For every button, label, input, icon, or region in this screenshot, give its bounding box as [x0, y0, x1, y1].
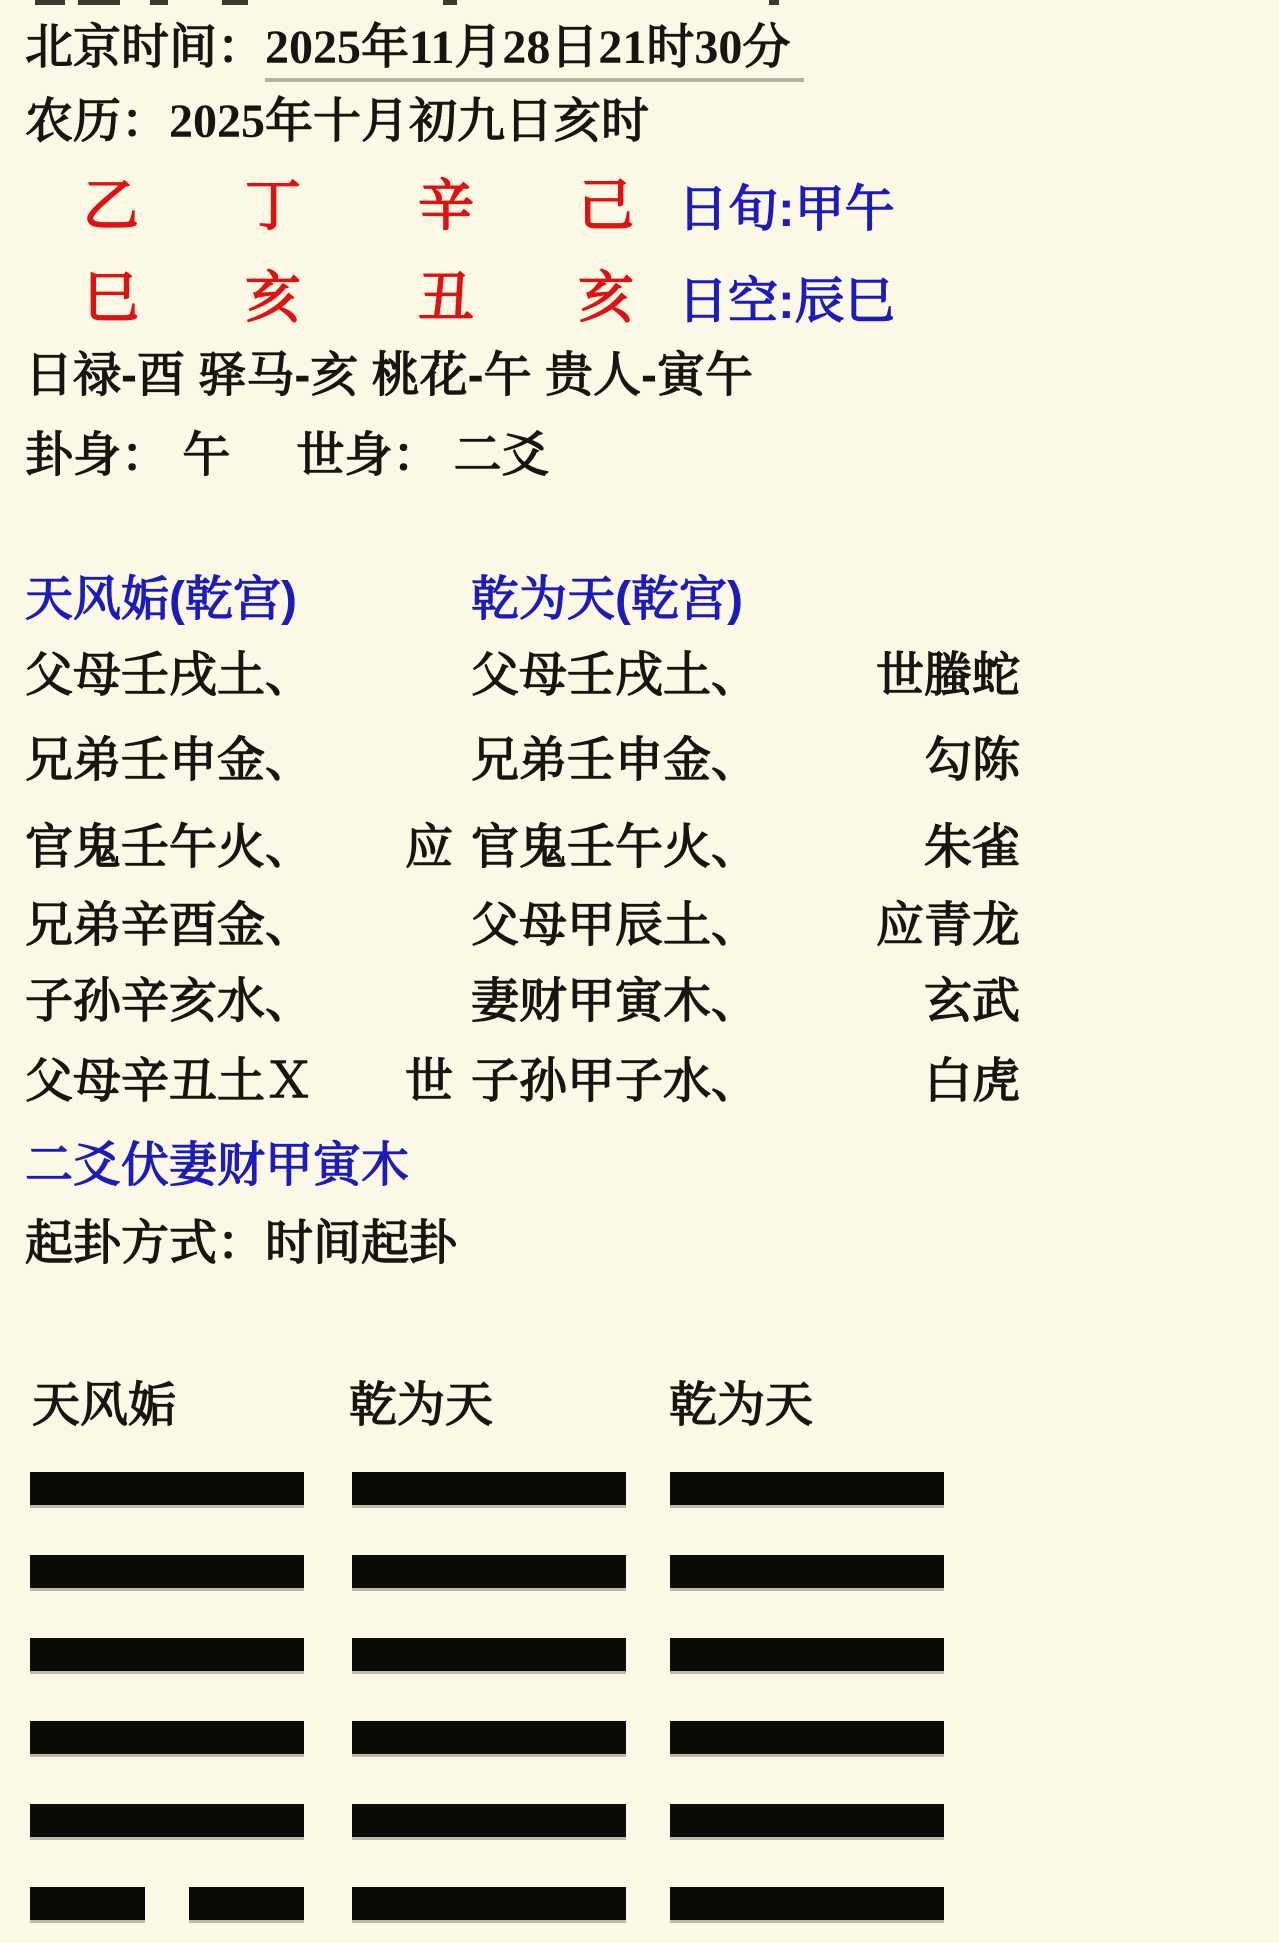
left-hexagram-title: 天风姤(乾宫): [25, 572, 297, 627]
left-yao-text: 兄弟辛酉金、: [25, 900, 313, 953]
yang-line-bar: [352, 1887, 626, 1920]
hexagram-line-solid: [352, 1887, 626, 1920]
hexagram-line-solid: [670, 1555, 944, 1588]
casting-method-line: 起卦方式：时间起卦: [25, 1216, 457, 1271]
pillar-month-branch: 亥: [245, 270, 301, 326]
day-xun-label: 日旬:甲午: [678, 184, 895, 234]
lunar-date-value: 2025年十月初九日亥时: [169, 95, 649, 148]
hexagram-diagram-original: [30, 1472, 304, 1920]
six-spirit-note: 白虎: [700, 1056, 1020, 1109]
clipped-glyph-fragment: [769, 0, 779, 5]
yang-line-bar: [352, 1638, 626, 1671]
divination-page: 北京时间：2025年11月28日21时30分 农历：2025年十月初九日亥时 乙…: [0, 0, 1279, 1943]
yang-line-bar: [352, 1472, 626, 1505]
hexagram-line-solid: [352, 1472, 626, 1505]
pillar-day-branch: 丑: [418, 270, 474, 326]
hexagram-diagram-final: [670, 1472, 944, 1920]
yang-line-bar: [352, 1804, 626, 1837]
six-spirit-note: 朱雀: [700, 822, 1020, 875]
day-kong-label: 日空:辰巳: [678, 276, 895, 326]
hexagram-line-solid: [30, 1555, 304, 1588]
clipped-glyph-fragment: [35, 0, 65, 5]
six-spirit-note: 世螣蛇: [700, 650, 1020, 703]
shi-shen-value: 世身： 二爻: [296, 429, 549, 482]
diagram-title-final: 乾为天: [669, 1378, 813, 1433]
pillar-hour-branch: 亥: [578, 270, 634, 326]
hidden-yao-line: 二爻伏妻财甲寅木: [25, 1138, 409, 1193]
left-yao-marker: 世: [405, 1056, 453, 1109]
right-hexagram-title: 乾为天(乾宫): [471, 572, 743, 627]
beijing-time-line: 北京时间：2025年11月28日21时30分: [25, 20, 804, 75]
hexagram-line-solid: [352, 1638, 626, 1671]
clipped-text-fragments: [0, 0, 1279, 8]
clipped-glyph-fragment: [78, 0, 120, 5]
hexagram-line-solid: [670, 1472, 944, 1505]
left-yao-text: 兄弟壬申金、: [25, 735, 313, 788]
pillars-heavenly-stems-row: 乙 丁 辛 己 日旬:甲午: [0, 178, 1279, 248]
diagram-title-changed: 乾为天: [349, 1378, 493, 1433]
yang-line-bar: [670, 1804, 944, 1837]
hexagram-line-solid: [352, 1555, 626, 1588]
six-spirit-note: 玄武: [700, 976, 1020, 1029]
yao-row-5: 兄弟壬申金、 兄弟壬申金、 勾陈: [0, 735, 1279, 793]
clipped-glyph-fragment: [443, 0, 457, 5]
pillar-year-branch: 巳: [83, 270, 139, 326]
yang-line-bar: [30, 1472, 304, 1505]
shensha-line: 日禄-酉 驿马-亥 桃花-午 贵人-寅午: [25, 348, 753, 403]
hexagram-line-broken: [30, 1887, 304, 1920]
hexagram-line-solid: [352, 1721, 626, 1754]
left-yao-marker: 应: [405, 822, 453, 875]
pillar-day-stem: 辛: [418, 178, 474, 234]
left-yao-text: 父母辛丑土Ｘ: [25, 1056, 313, 1109]
clipped-glyph-fragment: [150, 0, 168, 5]
pillars-earthly-branches-row: 巳 亥 丑 亥 日空:辰巳: [0, 270, 1279, 340]
gua-shen-value: 卦身： 午: [25, 429, 230, 482]
hexagram-line-solid: [670, 1804, 944, 1837]
left-yao-text: 父母壬戌土、: [25, 650, 313, 703]
hexagram-line-solid: [352, 1804, 626, 1837]
hexagram-line-solid: [30, 1721, 304, 1754]
yang-line-bar: [30, 1804, 304, 1837]
hexagram-line-solid: [30, 1804, 304, 1837]
yang-line-bar: [352, 1721, 626, 1754]
hexagram-diagram-changed: [352, 1472, 626, 1920]
six-spirit-note: 应青龙: [700, 900, 1020, 953]
lunar-date-label: 农历：: [25, 95, 169, 148]
pillar-year-stem: 乙: [83, 178, 139, 234]
pillar-hour-stem: 己: [578, 178, 634, 234]
yang-line-bar: [352, 1555, 626, 1588]
beijing-time-value: 2025年11月28日21时30分: [265, 21, 804, 82]
guashen-line: 卦身： 午世身： 二爻: [25, 428, 550, 483]
yin-line-bar-right: [189, 1887, 304, 1920]
hexagram-line-solid: [30, 1472, 304, 1505]
yang-line-bar: [670, 1638, 944, 1671]
yao-row-3: 兄弟辛酉金、 父母甲辰土、 应青龙: [0, 900, 1279, 958]
yang-line-bar: [30, 1721, 304, 1754]
yin-line-bar-left: [30, 1887, 145, 1920]
yao-row-2: 子孙辛亥水、 妻财甲寅木、 玄武: [0, 976, 1279, 1034]
hexagram-line-solid: [30, 1638, 304, 1671]
yao-row-1: 父母辛丑土Ｘ 世 子孙甲子水、 白虎: [0, 1056, 1279, 1114]
hexagram-line-solid: [670, 1638, 944, 1671]
yao-row-4: 官鬼壬午火、 应 官鬼壬午火、 朱雀: [0, 822, 1279, 880]
beijing-time-label: 北京时间：: [25, 21, 265, 74]
pillar-month-stem: 丁: [245, 178, 301, 234]
diagram-title-original: 天风姤: [32, 1378, 176, 1433]
yang-line-bar: [670, 1721, 944, 1754]
left-yao-text: 子孙辛亥水、: [25, 976, 313, 1029]
yao-row-6: 父母壬戌土、 父母壬戌土、 世螣蛇: [0, 650, 1279, 708]
yang-line-bar: [30, 1555, 304, 1588]
lunar-date-line: 农历：2025年十月初九日亥时: [25, 94, 649, 149]
six-spirit-note: 勾陈: [700, 735, 1020, 788]
yang-line-bar: [670, 1887, 944, 1920]
left-yao-text: 官鬼壬午火、: [25, 822, 313, 875]
hexagram-line-solid: [670, 1887, 944, 1920]
yang-line-bar: [670, 1472, 944, 1505]
yang-line-bar: [30, 1638, 304, 1671]
clipped-glyph-fragment: [222, 0, 248, 5]
yang-line-bar: [670, 1555, 944, 1588]
hexagram-line-solid: [670, 1721, 944, 1754]
